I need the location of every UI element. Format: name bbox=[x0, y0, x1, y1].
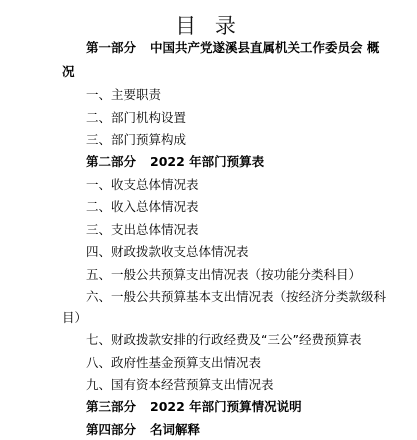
toc-part-4[interactable]: 第四部分名词解释 bbox=[62, 422, 362, 438]
toc-item[interactable]: 二、部门机构设置 bbox=[62, 110, 362, 126]
toc-item[interactable]: 四、财政拨款收支总体情况表 bbox=[62, 244, 362, 260]
page-title: 目 录 bbox=[0, 14, 417, 38]
toc-part-1[interactable]: 第一部分中国共产党遂溪县直属机关工作委员会 概 bbox=[62, 40, 362, 56]
part-label: 第四部分 bbox=[86, 422, 136, 437]
part-label: 第二部分 bbox=[86, 154, 136, 169]
toc-item[interactable]: 二、收入总体情况表 bbox=[62, 199, 362, 215]
toc-item[interactable]: 六、一般公共预算基本支出情况表（按经济分类款级科 bbox=[62, 289, 362, 305]
part-label: 第三部分 bbox=[86, 399, 136, 414]
toc-item[interactable]: 三、支出总体情况表 bbox=[62, 222, 362, 238]
toc-item[interactable]: 七、财政拨款安排的行政经费及“三公”经费预算表 bbox=[62, 332, 362, 348]
toc-item-continuation: 目） bbox=[62, 310, 362, 326]
toc-part-1-continuation: 况 bbox=[62, 64, 362, 80]
toc-part-3[interactable]: 第三部分2022 年部门预算情况说明 bbox=[62, 399, 362, 415]
part-title: 2022 年部门预算情况说明 bbox=[150, 399, 302, 414]
toc-item[interactable]: 三、部门预算构成 bbox=[62, 132, 362, 148]
part-label: 第一部分 bbox=[86, 40, 136, 55]
part-title: 名词解释 bbox=[150, 422, 200, 437]
toc-item[interactable]: 九、国有资本经营预算支出情况表 bbox=[62, 377, 362, 393]
part-title: 2022 年部门预算表 bbox=[150, 154, 264, 169]
toc-page: 目 录 第一部分中国共产党遂溪县直属机关工作委员会 概 况 一、主要职责 二、部… bbox=[0, 0, 417, 440]
toc-item[interactable]: 五、一般公共预算支出情况表（按功能分类科目） bbox=[62, 267, 362, 283]
toc-item[interactable]: 八、政府性基金预算支出情况表 bbox=[62, 355, 362, 371]
toc-item[interactable]: 一、主要职责 bbox=[62, 87, 362, 103]
toc-item[interactable]: 一、收支总体情况表 bbox=[62, 177, 362, 193]
part-title: 中国共产党遂溪县直属机关工作委员会 概 bbox=[150, 40, 379, 55]
toc-part-2[interactable]: 第二部分2022 年部门预算表 bbox=[62, 154, 362, 170]
